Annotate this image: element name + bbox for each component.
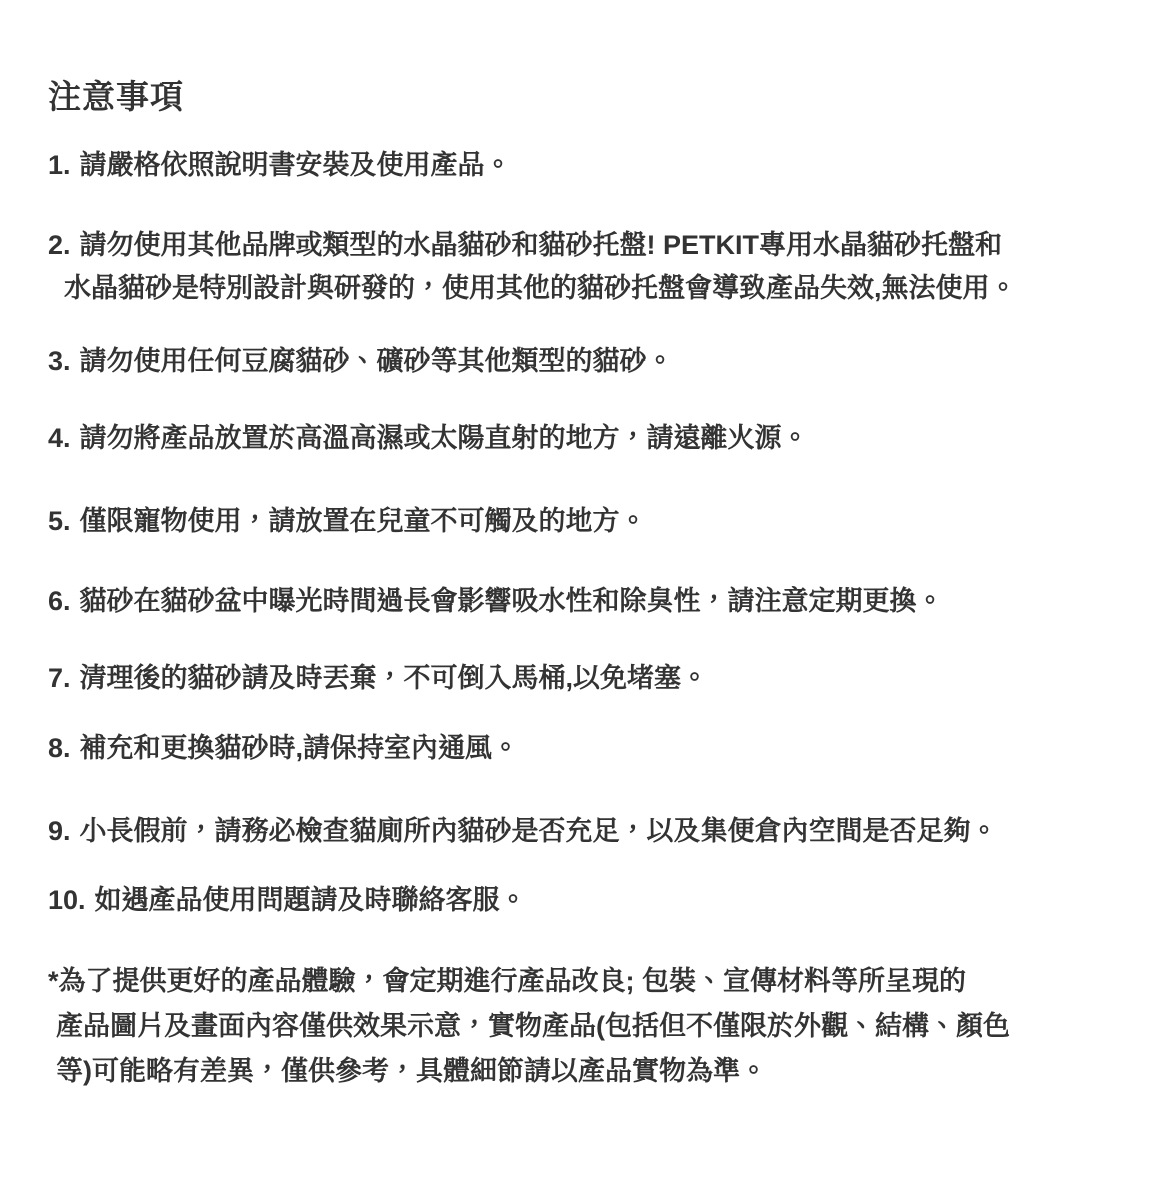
item-text: 請勿將產品放置於高溫高濕或太陽直射的地方，請遠離火源。 [80, 423, 809, 453]
item-number: 8. [48, 733, 71, 763]
item-text-continued: 水晶貓砂是特別設計與研發的，使用其他的貓砂托盤會導致產品失效,無法使用。 [64, 267, 1112, 310]
item-number: 1. [48, 150, 71, 180]
notice-item-1: 1.請嚴格依照說明書安裝及使用產品。 [48, 144, 1112, 187]
notice-list: 1.請嚴格依照說明書安裝及使用產品。 2.請勿使用其他品牌或類型的水晶貓砂和貓砂… [48, 144, 1112, 922]
item-number: 7. [48, 663, 71, 693]
item-text: 小長假前，請務必檢查貓廁所內貓砂是否充足，以及集便倉內空間是否足夠。 [80, 816, 998, 846]
item-text: 貓砂在貓砂盆中曝光時間過長會影響吸水性和除臭性，請注意定期更換。 [80, 586, 944, 616]
item-text: 如遇產品使用問題請及時聯絡客服。 [95, 885, 527, 915]
item-text: 清理後的貓砂請及時丟棄，不可倒入馬桶,以免堵塞。 [80, 663, 709, 693]
notice-item-5: 5.僅限寵物使用，請放置在兒童不可觸及的地方。 [48, 500, 1112, 543]
item-text: 補充和更換貓砂時,請保持室內通風。 [80, 733, 520, 763]
notice-item-8: 8.補充和更換貓砂時,請保持室內通風。 [48, 727, 1112, 770]
notice-item-7: 7.清理後的貓砂請及時丟棄，不可倒入馬桶,以免堵塞。 [48, 657, 1112, 700]
item-number: 9. [48, 816, 71, 846]
notice-item-3: 3.請勿使用任何豆腐貓砂、礦砂等其他類型的貓砂。 [48, 340, 1112, 383]
item-number: 5. [48, 506, 71, 536]
page-title: 注意事項 [48, 80, 1112, 114]
item-number: 2. [48, 230, 71, 260]
notice-item-10: 10.如遇產品使用問題請及時聯絡客服。 [48, 879, 1112, 922]
disclaimer-line: 產品圖片及畫面內容僅供效果示意，實物產品(包括但不僅限於外觀、結構、顏色 [56, 1004, 1112, 1049]
notice-page: 注意事項 1.請嚴格依照說明書安裝及使用產品。 2.請勿使用其他品牌或類型的水晶… [0, 0, 1152, 1200]
notice-item-4: 4.請勿將產品放置於高溫高濕或太陽直射的地方，請遠離火源。 [48, 417, 1112, 460]
notice-item-9: 9.小長假前，請務必檢查貓廁所內貓砂是否充足，以及集便倉內空間是否足夠。 [48, 810, 1112, 853]
notice-item-2: 2.請勿使用其他品牌或類型的水晶貓砂和貓砂托盤! PETKIT專用水晶貓砂托盤和… [48, 224, 1112, 310]
item-number: 3. [48, 346, 71, 376]
disclaimer-line: 等)可能略有差異，僅供參考，具體細節請以產品實物為準。 [56, 1049, 1112, 1094]
item-number: 6. [48, 586, 71, 616]
notice-item-6: 6.貓砂在貓砂盆中曝光時間過長會影響吸水性和除臭性，請注意定期更換。 [48, 580, 1112, 623]
item-text: 僅限寵物使用，請放置在兒童不可觸及的地方。 [80, 506, 647, 536]
item-text: 請嚴格依照說明書安裝及使用產品。 [80, 150, 512, 180]
item-number: 10. [48, 885, 86, 915]
item-text: 請勿使用其他品牌或類型的水晶貓砂和貓砂托盤! PETKIT專用水晶貓砂托盤和 [80, 230, 1003, 260]
disclaimer-line: *為了提供更好的產品體驗，會定期進行產品改良; 包裝、宣傳材料等所呈現的 [48, 959, 1112, 1004]
item-text: 請勿使用任何豆腐貓砂、礦砂等其他類型的貓砂。 [80, 346, 674, 376]
item-number: 4. [48, 423, 71, 453]
disclaimer: *為了提供更好的產品體驗，會定期進行產品改良; 包裝、宣傳材料等所呈現的產品圖片… [48, 959, 1112, 1094]
